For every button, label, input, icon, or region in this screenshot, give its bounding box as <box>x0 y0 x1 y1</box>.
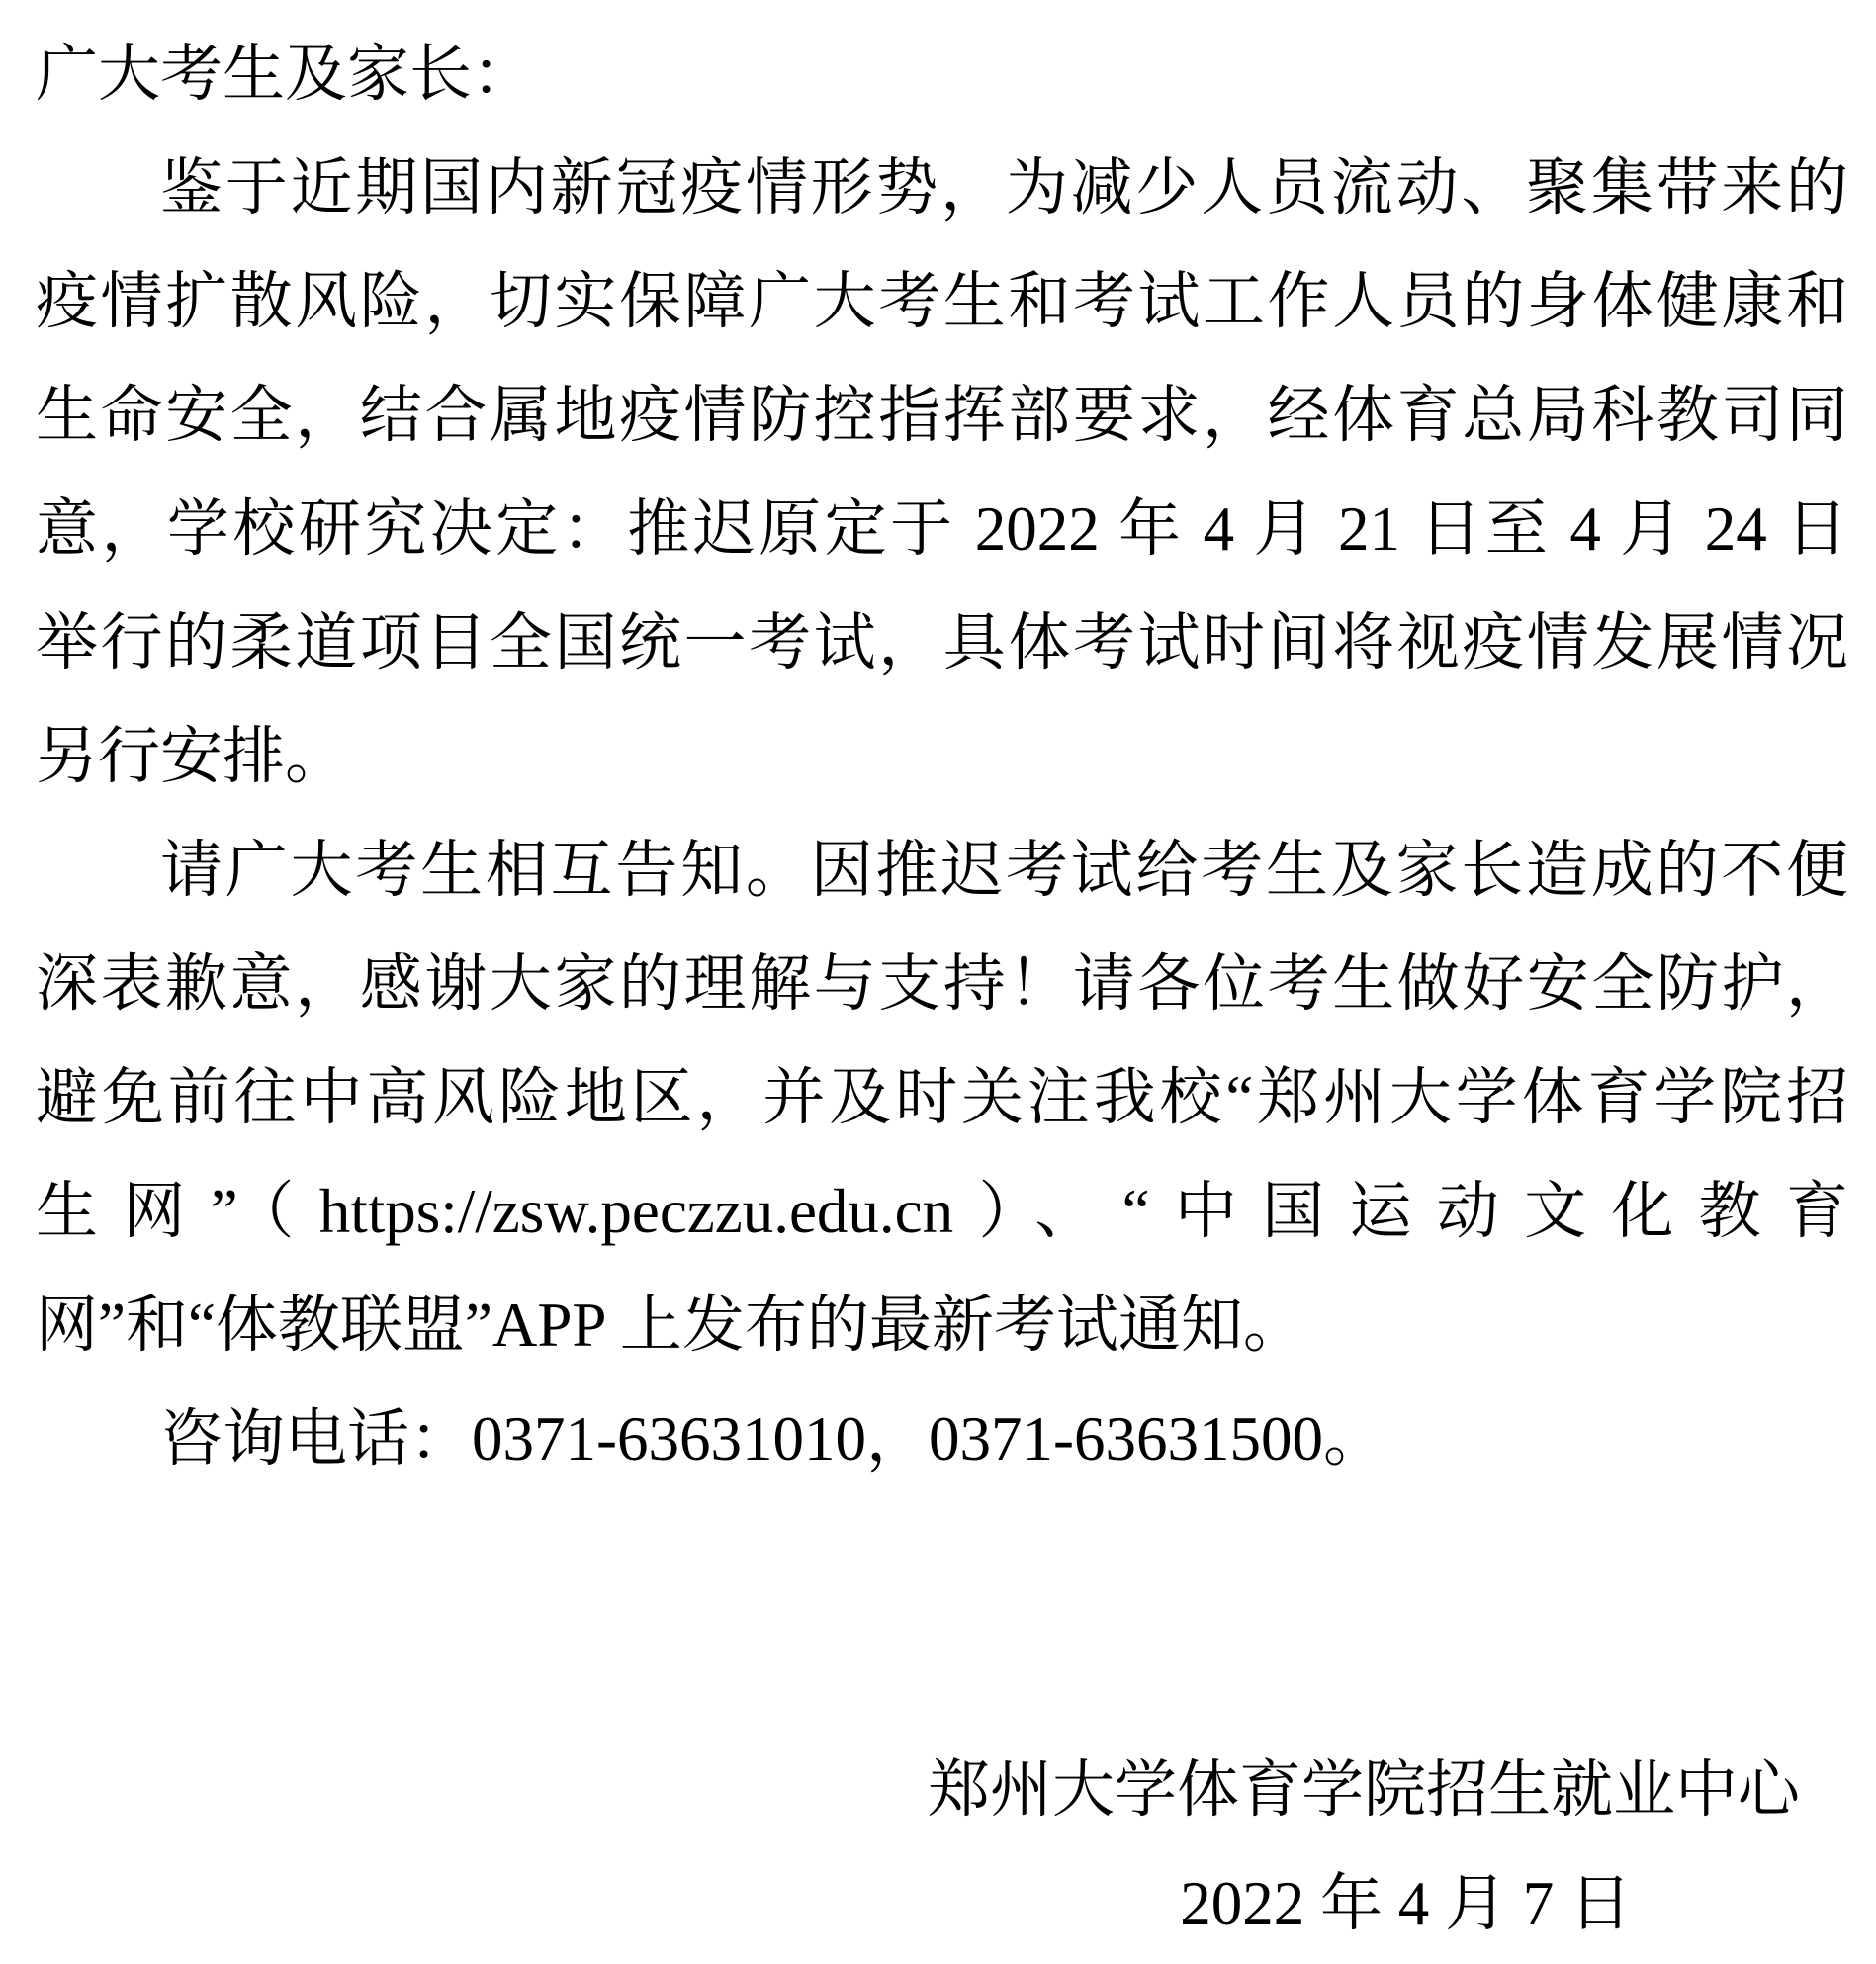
notice-line: 网”和“体教联盟”APP 上发布的最新考试通知。 <box>36 1269 1848 1383</box>
notice-line: 疫情扩散风险，切实保障广大考生和考试工作人员的身体健康和 <box>36 245 1848 359</box>
contact-phone-line: 咨询电话：0371-63631010，0371-63631500。 <box>36 1383 1848 1496</box>
signature-date: 2022 年 4 月 7 日 <box>36 1847 1848 1961</box>
notice-line: 请广大考生相互告知。因推迟考试给考生及家长造成的不便 <box>36 814 1848 928</box>
salutation: 广大考生及家长： <box>36 18 1848 132</box>
signature-issuer: 郑州大学体育学院招生就业中心 <box>36 1734 1848 1847</box>
notice-document: 广大考生及家长： 鉴于近期国内新冠疫情形势，为减少人员流动、聚集带来的 疫情扩散… <box>0 0 1876 1964</box>
notice-line: 鉴于近期国内新冠疫情形势，为减少人员流动、聚集带来的 <box>36 132 1848 245</box>
notice-line: 生网”（https://zsw.peczzu.edu.cn）、“中国运动文化教育 <box>36 1155 1848 1269</box>
notice-line: 深表歉意，感谢大家的理解与支持！请各位考生做好安全防护， <box>36 928 1848 1041</box>
notice-line: 另行安排。 <box>36 700 1848 814</box>
notice-line: 避免前往中高风险地区，并及时关注我校“郑州大学体育学院招 <box>36 1041 1848 1155</box>
notice-line: 生命安全，结合属地疫情防控指挥部要求，经体育总局科教司同 <box>36 359 1848 473</box>
notice-line: 举行的柔道项目全国统一考试，具体考试时间将视疫情发展情况 <box>36 586 1848 700</box>
notice-line: 意，学校研究决定：推迟原定于 2022 年 4 月 21 日至 4 月 24 日 <box>36 473 1848 586</box>
